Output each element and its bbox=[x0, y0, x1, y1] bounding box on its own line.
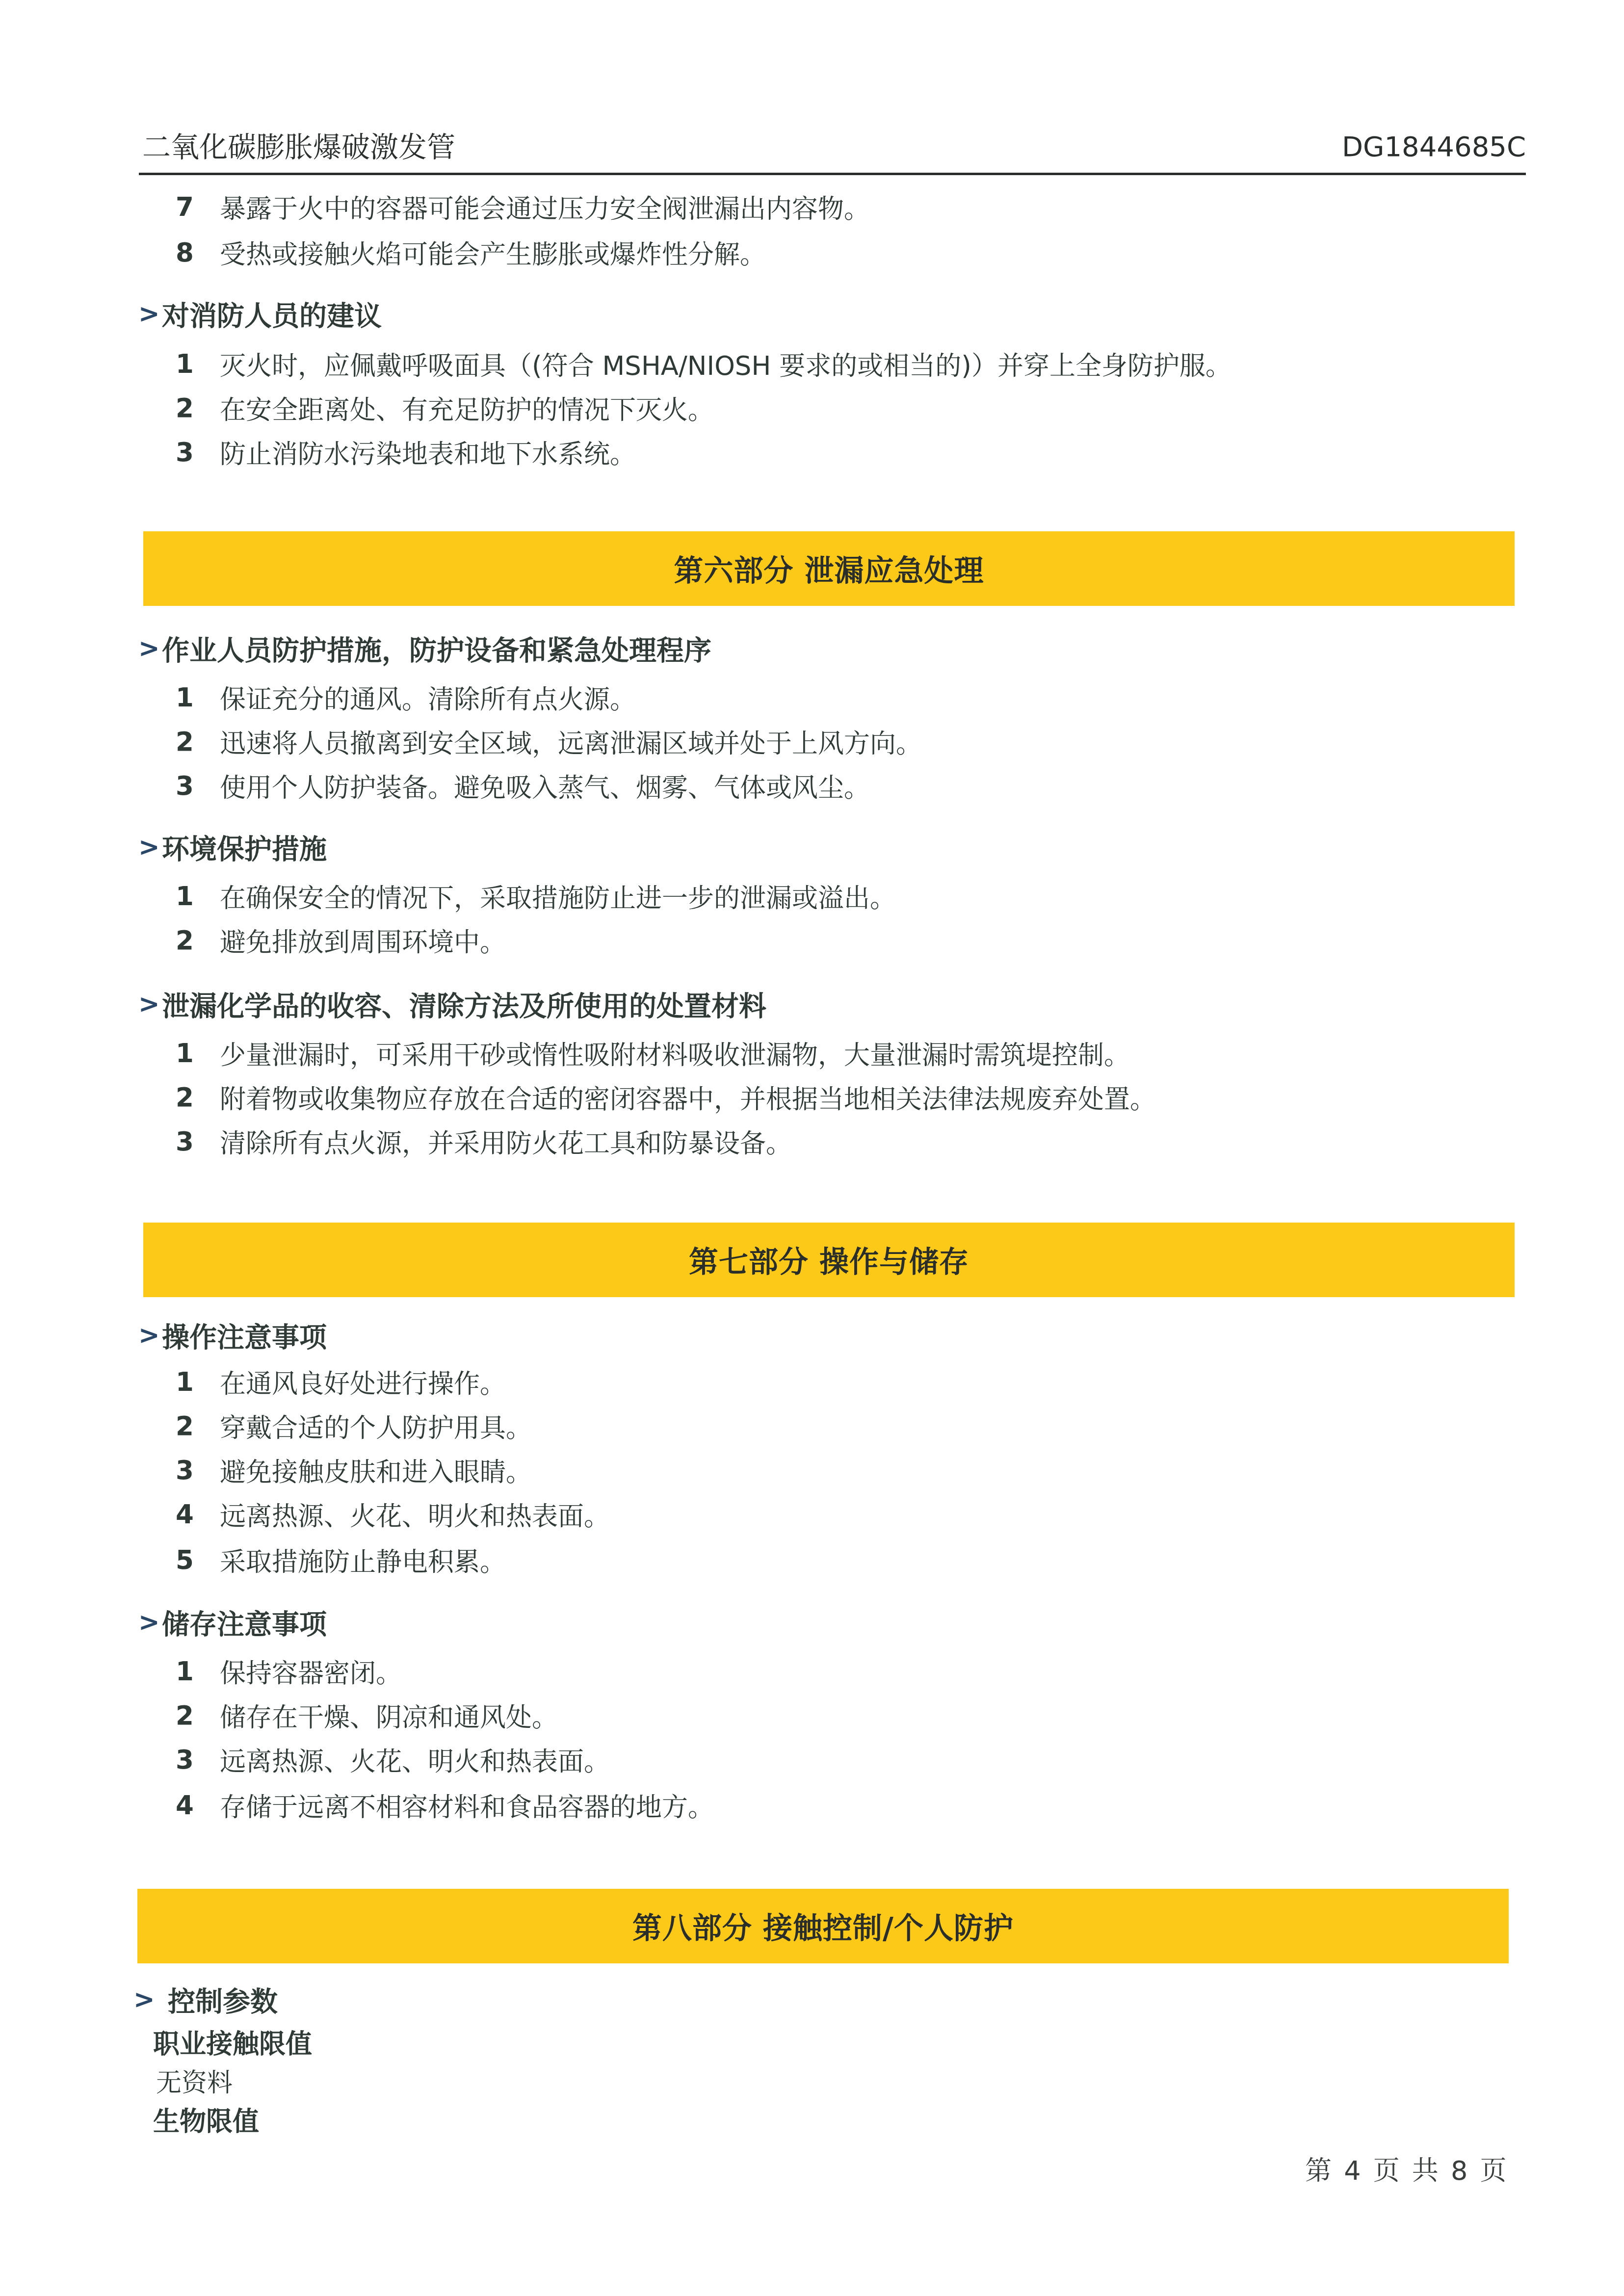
item-number: 1 bbox=[176, 349, 220, 379]
list-item: 1 灭火时，应佩戴呼吸面具（(符合 MSHA/NIOSH 要求的或相当的)）并穿… bbox=[176, 344, 1231, 384]
subheading-spill-containment: > 泄漏化学品的收容、清除方法及所使用的处置材料 bbox=[138, 985, 766, 1024]
document-title: 二氧化碳膨胀爆破激发管 bbox=[142, 125, 455, 169]
list-item: 4 存储于远离不相容材料和食品容器的地方。 bbox=[176, 1786, 714, 1825]
chevron-right-icon: > bbox=[138, 634, 162, 663]
chevron-right-icon: > bbox=[138, 1321, 162, 1350]
item-text: 避免排放到周围环境中。 bbox=[220, 922, 506, 959]
document-code: DG1844685C bbox=[1342, 125, 1526, 169]
list-item: 1 少量泄漏时，可采用干砂或惰性吸附材料吸收泄漏物，大量泄漏时需筑堤控制。 bbox=[176, 1034, 1130, 1073]
item-text: 附着物或收集物应存放在合适的密闭容器中，并根据当地相关法律法规废弃处置。 bbox=[220, 1079, 1156, 1116]
list-item: 1 保持容器密闭。 bbox=[176, 1652, 402, 1691]
subheading-text: 控制参数 bbox=[168, 1980, 278, 2019]
section-title: 第七部分 操作与储存 bbox=[689, 1239, 969, 1281]
item-text: 远离热源、火花、明火和热表面。 bbox=[220, 1741, 610, 1778]
item-number: 4 bbox=[176, 1791, 220, 1821]
list-item: 2 附着物或收集物应存放在合适的密闭容器中，并根据当地相关法律法规废弃处置。 bbox=[176, 1078, 1156, 1117]
occupational-limit-value: 无资料 bbox=[156, 2061, 233, 2099]
item-number: 2 bbox=[176, 393, 220, 423]
item-text: 远离热源、火花、明火和热表面。 bbox=[220, 1496, 610, 1533]
item-text: 在通风良好处进行操作。 bbox=[220, 1363, 506, 1401]
item-number: 3 bbox=[176, 438, 220, 468]
subheading-text: 环境保护措施 bbox=[162, 828, 327, 867]
section-banner-7: 第七部分 操作与储存 bbox=[143, 1223, 1515, 1297]
item-number: 3 bbox=[176, 1745, 220, 1775]
subheading-storage-precautions: > 储存注意事项 bbox=[138, 1603, 327, 1642]
section-title: 第六部分 泄漏应急处理 bbox=[674, 548, 984, 590]
item-number: 2 bbox=[176, 926, 220, 956]
item-number: 7 bbox=[176, 192, 220, 222]
item-text: 避免接触皮肤和进入眼睛。 bbox=[220, 1452, 532, 1489]
item-number: 1 bbox=[176, 683, 220, 713]
item-text: 储存在干燥、阴凉和通风处。 bbox=[220, 1697, 558, 1734]
list-item: 2 避免排放到周围环境中。 bbox=[176, 921, 506, 960]
biological-limit-label: 生物限值 bbox=[153, 2101, 259, 2138]
item-number: 3 bbox=[176, 1127, 220, 1157]
section-banner-6: 第六部分 泄漏应急处理 bbox=[143, 531, 1515, 606]
subheading-handling-precautions: > 操作注意事项 bbox=[138, 1316, 327, 1355]
occupational-limit-label: 职业接触限值 bbox=[153, 2023, 312, 2061]
item-number: 3 bbox=[176, 771, 220, 801]
list-item: 4 远离热源、火花、明火和热表面。 bbox=[176, 1495, 610, 1534]
item-text: 使用个人防护装备。避免吸入蒸气、烟雾、气体或风尘。 bbox=[220, 767, 870, 805]
subheading-environmental-protection: > 环境保护措施 bbox=[138, 828, 327, 867]
list-item: 1 保证充分的通风。清除所有点火源。 bbox=[176, 678, 636, 717]
list-item: 3 清除所有点火源，并采用防火花工具和防暴设备。 bbox=[176, 1122, 792, 1161]
item-number: 2 bbox=[176, 1083, 220, 1113]
item-number: 3 bbox=[176, 1456, 220, 1486]
item-text: 受热或接触火焰可能会产生膨胀或爆炸性分解。 bbox=[220, 234, 766, 271]
subheading-text: 作业人员防护措施，防护设备和紧急处理程序 bbox=[162, 629, 711, 668]
item-text: 在确保安全的情况下，采取措施防止进一步的泄漏或溢出。 bbox=[220, 878, 896, 915]
page-number: 第 4 页 共 8 页 bbox=[1305, 2149, 1507, 2188]
item-text: 保证充分的通风。清除所有点火源。 bbox=[220, 679, 636, 716]
item-text: 少量泄漏时，可采用干砂或惰性吸附材料吸收泄漏物，大量泄漏时需筑堤控制。 bbox=[220, 1035, 1130, 1072]
item-text: 采取措施防止静电积累。 bbox=[220, 1541, 506, 1579]
list-item: 2 储存在干燥、阴凉和通风处。 bbox=[176, 1696, 558, 1735]
list-item: 1 在确保安全的情况下，采取措施防止进一步的泄漏或溢出。 bbox=[176, 877, 896, 916]
list-item: 3 防止消防水污染地表和地下水系统。 bbox=[176, 433, 636, 472]
chevron-right-icon: > bbox=[138, 1608, 162, 1637]
item-text: 暴露于火中的容器可能会通过压力安全阀泄漏出内容物。 bbox=[220, 188, 870, 226]
section-title: 第八部分 接触控制/个人防护 bbox=[632, 1905, 1014, 1947]
item-number: 8 bbox=[176, 238, 220, 268]
list-item: 2 在安全距离处、有充足防护的情况下灭火。 bbox=[176, 389, 714, 428]
item-number: 2 bbox=[176, 1411, 220, 1441]
subheading-firefighter-advice: > 对消防人员的建议 bbox=[138, 294, 382, 334]
page-header: 二氧化碳膨胀爆破激发管 DG1844685C bbox=[142, 125, 1526, 169]
item-number: 1 bbox=[176, 1657, 220, 1687]
subheading-text: 操作注意事项 bbox=[162, 1316, 327, 1355]
item-number: 5 bbox=[176, 1545, 220, 1575]
chevron-right-icon: > bbox=[138, 833, 162, 862]
list-item: 3 使用个人防护装备。避免吸入蒸气、烟雾、气体或风尘。 bbox=[176, 766, 870, 806]
list-item: 3 远离热源、火花、明火和热表面。 bbox=[176, 1740, 610, 1779]
item-number: 1 bbox=[176, 882, 220, 912]
list-item: 2 穿戴合适的个人防护用具。 bbox=[176, 1407, 532, 1446]
item-number: 1 bbox=[176, 1039, 220, 1069]
item-text: 保持容器密闭。 bbox=[220, 1653, 402, 1690]
list-item: 5 采取措施防止静电积累。 bbox=[176, 1540, 506, 1580]
item-text: 在安全距离处、有充足防护的情况下灭火。 bbox=[220, 390, 714, 427]
item-text: 灭火时，应佩戴呼吸面具（(符合 MSHA/NIOSH 要求的或相当的)）并穿上全… bbox=[220, 345, 1231, 383]
subheading-text: 储存注意事项 bbox=[162, 1603, 327, 1642]
item-number: 1 bbox=[176, 1367, 220, 1397]
list-item: 2 迅速将人员撤离到安全区域，远离泄漏区域并处于上风方向。 bbox=[176, 722, 922, 761]
subheading-text: 泄漏化学品的收容、清除方法及所使用的处置材料 bbox=[162, 985, 766, 1024]
item-text: 穿戴合适的个人防护用具。 bbox=[220, 1408, 532, 1445]
chevron-right-icon: > bbox=[133, 1985, 168, 2014]
subheading-personnel-protection: > 作业人员防护措施，防护设备和紧急处理程序 bbox=[138, 629, 711, 668]
item-text: 迅速将人员撤离到安全区域，远离泄漏区域并处于上风方向。 bbox=[220, 723, 922, 760]
chevron-right-icon: > bbox=[138, 990, 162, 1019]
list-item: 3 避免接触皮肤和进入眼睛。 bbox=[176, 1451, 532, 1490]
subheading-text: 对消防人员的建议 bbox=[162, 294, 382, 334]
chevron-right-icon: > bbox=[138, 299, 162, 329]
section-banner-8: 第八部分 接触控制/个人防护 bbox=[137, 1889, 1509, 1963]
item-number: 4 bbox=[176, 1500, 220, 1530]
list-item: 1 在通风良好处进行操作。 bbox=[176, 1362, 506, 1402]
subheading-control-parameters: > 控制参数 bbox=[133, 1980, 278, 2019]
item-text: 存储于远离不相容材料和食品容器的地方。 bbox=[220, 1787, 714, 1824]
item-text: 防止消防水污染地表和地下水系统。 bbox=[220, 434, 636, 471]
item-number: 2 bbox=[176, 1701, 220, 1731]
item-text: 清除所有点火源，并采用防火花工具和防暴设备。 bbox=[220, 1123, 792, 1160]
list-item: 8 受热或接触火焰可能会产生膨胀或爆炸性分解。 bbox=[176, 233, 766, 272]
header-divider bbox=[139, 173, 1526, 175]
item-number: 2 bbox=[176, 727, 220, 757]
list-item: 7 暴露于火中的容器可能会通过压力安全阀泄漏出内容物。 bbox=[176, 187, 870, 227]
